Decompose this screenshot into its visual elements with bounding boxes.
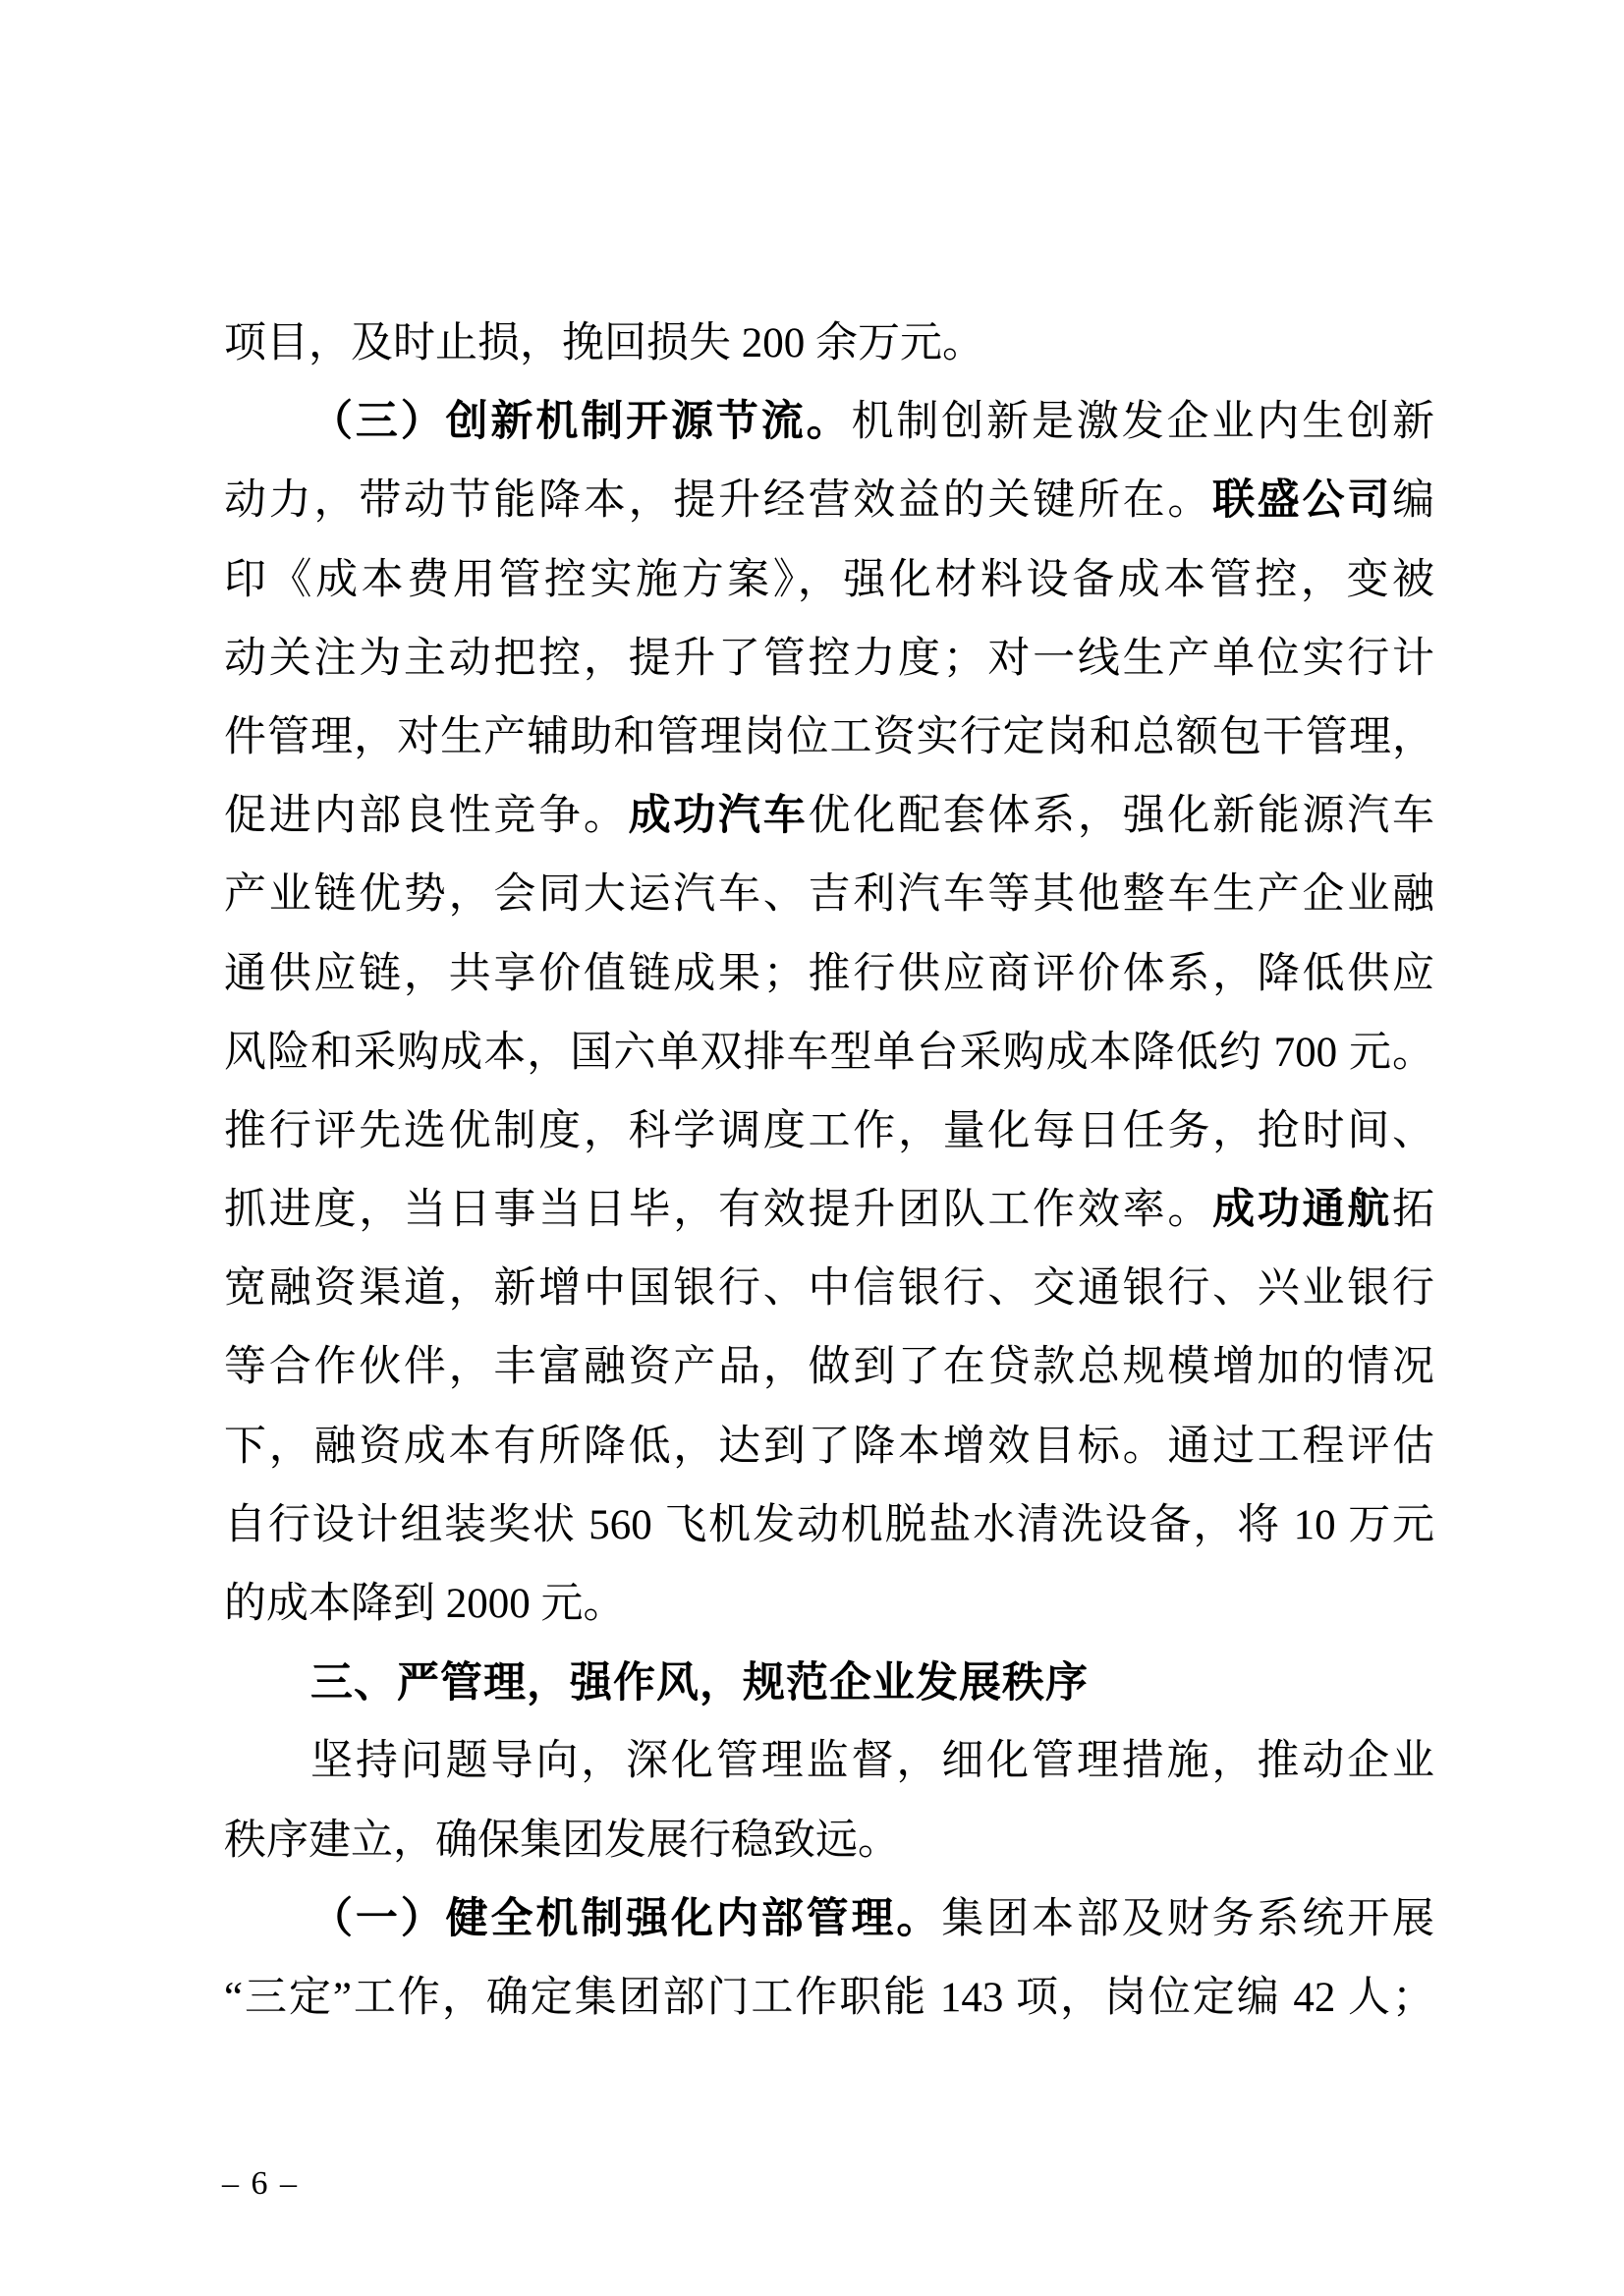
text-line: 自行设计组装奖状 560 飞机发动机脱盐水清洗设备，将 10 万元 <box>224 1486 1434 1565</box>
text-line: （三）创新机制开源节流。机制创新是激发企业内生创新 <box>224 383 1434 462</box>
body-text: 下，融资成本有所降低，达到了降本增效目标。通过工程评估 <box>224 1424 1434 1470</box>
text-line: 风险和采购成本，国六单双排车型单台采购成本降低约 700 元。 <box>224 1014 1434 1092</box>
body-text: 等合作伙伴，丰富融资产品，做到了在贷款总规模增加的情况 <box>224 1344 1434 1390</box>
page-number: – 6 – <box>222 2164 299 2204</box>
body-text: 促进内部良性竞争。 <box>224 793 629 839</box>
text-line: 下，融资成本有所降低，达到了降本增效目标。通过工程评估 <box>224 1408 1434 1486</box>
text-line: 项目，及时止损，挽回损失 200 余万元。 <box>224 305 1434 383</box>
body-text: 拓 <box>1392 1187 1434 1233</box>
text-line: 产业链优势，会同大运汽车、吉利汽车等其他整车生产企业融 <box>224 856 1434 934</box>
body-text: 坚持问题导向，深化管理监督，细化管理措施，推动企业 <box>310 1738 1434 1784</box>
emphasis-text: （三）创新机制开源节流。 <box>310 399 852 445</box>
body-text: 集团本部及财务系统开展 <box>941 1896 1434 1942</box>
text-line: 秩序建立，确保集团发展行稳致远。 <box>224 1802 1434 1880</box>
body-text: 风险和采购成本，国六单双排车型单台采购成本降低约 700 元。 <box>224 1030 1434 1076</box>
document-page: 项目，及时止损，挽回损失 200 余万元。（三）创新机制开源节流。机制创新是激发… <box>0 0 1624 2296</box>
emphasis-text: 成功通航 <box>1212 1187 1392 1233</box>
body-text: 印《成本费用管控实施方案》，强化材料设备成本管控，变被 <box>224 557 1434 603</box>
text-line: 件管理，对生产辅助和管理岗位工资实行定岗和总额包干管理， <box>224 699 1434 777</box>
text-line: 通供应链，共享价值链成果；推行供应商评价体系，降低供应 <box>224 935 1434 1014</box>
emphasis-text: 联盛公司 <box>1212 477 1392 524</box>
text-line: 宽融资渠道，新增中国银行、中信银行、交通银行、兴业银行 <box>224 1250 1434 1328</box>
emphasis-text: 成功汽车 <box>629 793 809 839</box>
text-line: 印《成本费用管控实施方案》，强化材料设备成本管控，变被 <box>224 541 1434 620</box>
text-line: 的成本降到 2000 元。 <box>224 1565 1434 1644</box>
body-text: 自行设计组装奖状 560 飞机发动机脱盐水清洗设备，将 10 万元 <box>224 1502 1434 1548</box>
text-line: 坚持问题导向，深化管理监督，细化管理措施，推动企业 <box>224 1722 1434 1801</box>
text-line: “三定”工作，确定集团部门工作职能 143 项，岗位定编 42 人； <box>224 1959 1434 2038</box>
body-text: 产业链优势，会同大运汽车、吉利汽车等其他整车生产企业融 <box>224 871 1434 918</box>
body-text: 通供应链，共享价值链成果；推行供应商评价体系，降低供应 <box>224 951 1434 997</box>
text-line: 推行评先选优制度，科学调度工作，量化每日任务，抢时间、 <box>224 1092 1434 1171</box>
body-text: 抓进度，当日事当日毕，有效提升团队工作效率。 <box>224 1187 1212 1233</box>
body-text: 动关注为主动把控，提升了管控力度；对一线生产单位实行计 <box>224 636 1434 682</box>
emphasis-text: 三、严管理，强作风，规范企业发展秩序 <box>310 1659 1089 1707</box>
body-text: 件管理，对生产辅助和管理岗位工资实行定岗和总额包干管理， <box>224 714 1434 760</box>
body-text: 宽融资渠道，新增中国银行、中信银行、交通银行、兴业银行 <box>224 1265 1434 1312</box>
text-line: 促进内部良性竞争。成功汽车优化配套体系，强化新能源汽车 <box>224 777 1434 856</box>
body-text: 秩序建立，确保集团发展行稳致远。 <box>224 1818 900 1864</box>
text-line: 动关注为主动把控，提升了管控力度；对一线生产单位实行计 <box>224 620 1434 699</box>
text-line: 抓进度，当日事当日毕，有效提升团队工作效率。成功通航拓 <box>224 1171 1434 1250</box>
body-text: 动力，带动节能降本，提升经营效益的关键所在。 <box>224 477 1212 524</box>
body-text: 机制创新是激发企业内生创新 <box>852 399 1435 445</box>
body-text: “三定”工作，确定集团部门工作职能 143 项，岗位定编 42 人； <box>224 1975 1434 2021</box>
text-line: 等合作伙伴，丰富融资产品，做到了在贷款总规模增加的情况 <box>224 1328 1434 1407</box>
document-body: 项目，及时止损，挽回损失 200 余万元。（三）创新机制开源节流。机制创新是激发… <box>224 305 1434 2038</box>
body-text: 推行评先选优制度，科学调度工作，量化每日任务，抢时间、 <box>224 1108 1434 1154</box>
body-text: 优化配套体系，强化新能源汽车 <box>809 793 1435 839</box>
section-heading: 三、严管理，强作风，规范企业发展秩序 <box>224 1644 1434 1722</box>
text-line: （一）健全机制强化内部管理。集团本部及财务系统开展 <box>224 1880 1434 1959</box>
emphasis-text: （一）健全机制强化内部管理。 <box>310 1896 941 1942</box>
body-text: 的成本降到 2000 元。 <box>224 1581 626 1627</box>
body-text: 项目，及时止损，挽回损失 200 余万元。 <box>224 320 984 366</box>
text-line: 动力，带动节能降本，提升经营效益的关键所在。联盛公司编 <box>224 462 1434 540</box>
body-text: 编 <box>1392 477 1434 524</box>
